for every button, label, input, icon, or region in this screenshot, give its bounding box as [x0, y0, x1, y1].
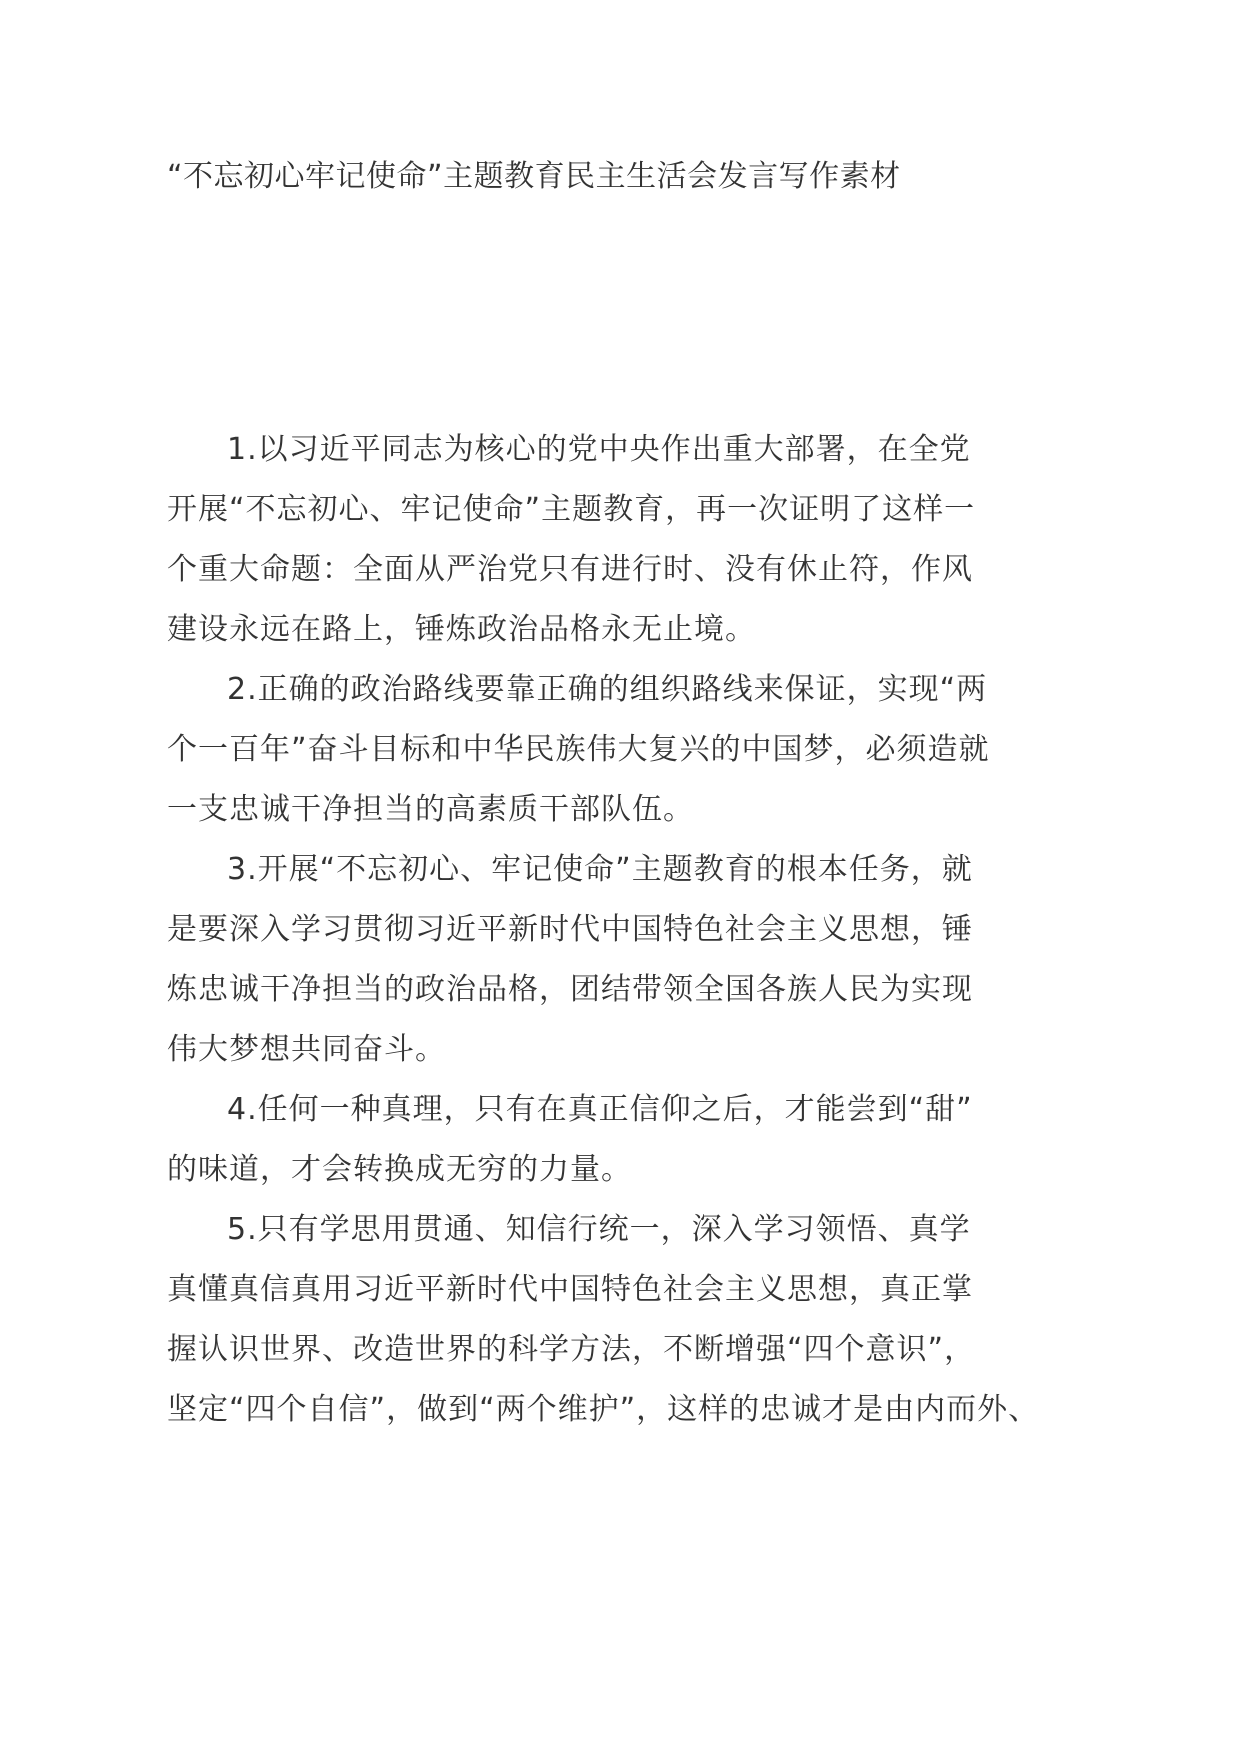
- paragraph-line: 是要深入学习贯彻习近平新时代中国特色社会主义思想，锤: [167, 900, 947, 960]
- paragraph-line: 炼忠诚干净担当的政治品格，团结带领全国各族人民为实现: [167, 960, 947, 1020]
- paragraph-line: 真懂真信真用习近平新时代中国特色社会主义思想，真正掌: [167, 1260, 947, 1320]
- document-body: 1.以习近平同志为核心的党中央作出重大部署，在全党 开展“不忘初心、牢记使命”主…: [167, 420, 947, 1440]
- paragraph-line: 4.任何一种真理，只有在真正信仰之后，才能尝到“甜”: [167, 1080, 947, 1140]
- paragraph-line: 个重大命题：全面从严治党只有进行时、没有休止符，作风: [167, 540, 947, 600]
- paragraph-line: 建设永远在路上，锤炼政治品格永无止境。: [167, 600, 947, 660]
- paragraph-line: 1.以习近平同志为核心的党中央作出重大部署，在全党: [167, 420, 947, 480]
- paragraph-line: 的味道，才会转换成无穷的力量。: [167, 1140, 947, 1200]
- paragraph-line: 开展“不忘初心、牢记使命”主题教育，再一次证明了这样一: [167, 480, 947, 540]
- paragraph-line: 5.只有学思用贯通、知信行统一，深入学习领悟、真学: [167, 1200, 947, 1260]
- paragraph-line: 2.正确的政治路线要靠正确的组织路线来保证，实现“两: [167, 660, 947, 720]
- paragraph-line: 握认识世界、改造世界的科学方法，不断增强“四个意识”，: [167, 1320, 947, 1380]
- paragraph-5: 5.只有学思用贯通、知信行统一，深入学习领悟、真学 真懂真信真用习近平新时代中国…: [167, 1200, 947, 1440]
- document-page: “不忘初心牢记使命”主题教育民主生活会发言写作素材 1.以习近平同志为核心的党中…: [0, 0, 1241, 1755]
- paragraph-line: 个一百年”奋斗目标和中华民族伟大复兴的中国梦，必须造就: [167, 720, 947, 780]
- paragraph-2: 2.正确的政治路线要靠正确的组织路线来保证，实现“两 个一百年”奋斗目标和中华民…: [167, 660, 947, 840]
- paragraph-1: 1.以习近平同志为核心的党中央作出重大部署，在全党 开展“不忘初心、牢记使命”主…: [167, 420, 947, 660]
- paragraph-line: 3.开展“不忘初心、牢记使命”主题教育的根本任务，就: [167, 840, 947, 900]
- paragraph-4: 4.任何一种真理，只有在真正信仰之后，才能尝到“甜” 的味道，才会转换成无穷的力…: [167, 1080, 947, 1200]
- paragraph-line: 一支忠诚干净担当的高素质干部队伍。: [167, 780, 947, 840]
- paragraph-line: 坚定“四个自信”，做到“两个维护”，这样的忠诚才是由内而外、: [167, 1380, 947, 1440]
- document-title: “不忘初心牢记使命”主题教育民主生活会发言写作素材: [167, 152, 967, 202]
- paragraph-line: 伟大梦想共同奋斗。: [167, 1020, 947, 1080]
- paragraph-3: 3.开展“不忘初心、牢记使命”主题教育的根本任务，就 是要深入学习贯彻习近平新时…: [167, 840, 947, 1080]
